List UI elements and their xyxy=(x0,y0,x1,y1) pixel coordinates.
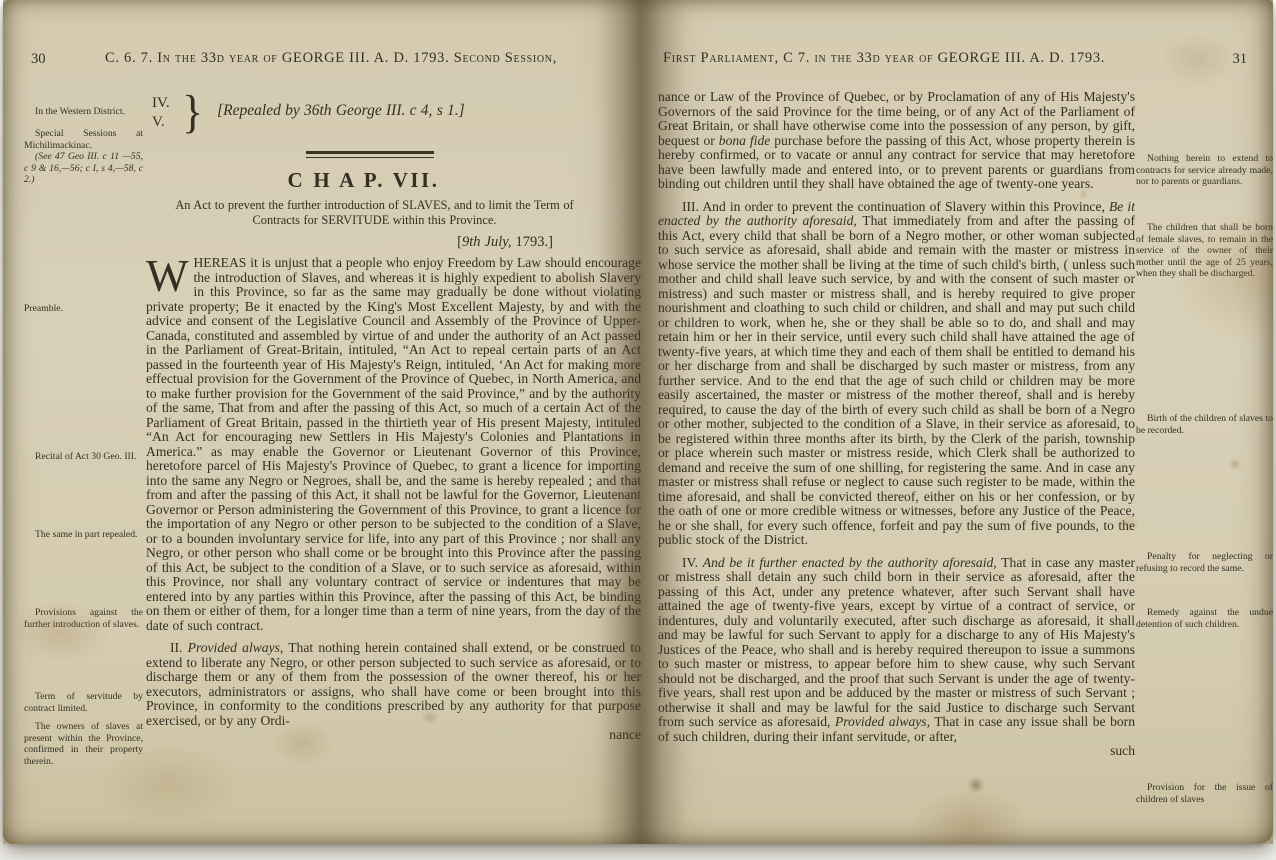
continuation-paragraph: nance or Law of the Province of Quebec, … xyxy=(658,90,1135,192)
chapter-heading: C H A P. VII. xyxy=(146,173,581,188)
numeral-iv: IV. xyxy=(152,94,182,113)
book-spread: 30 C. 6. 7. In the 33d year of GEORGE II… xyxy=(3,0,1273,844)
numeral-v: V. xyxy=(152,113,182,132)
act-title: An Act to prevent the further introducti… xyxy=(150,198,599,229)
catchword-left: nance xyxy=(146,728,641,743)
margin-note-repealed: The same in part repealed. xyxy=(24,529,143,541)
margin-note-remedy: Remedy against the undue detention of su… xyxy=(1136,607,1273,630)
margin-note-recital: Recital of Act 30 Geo. III. xyxy=(24,451,143,463)
section-ii-paragraph: II. Provided always, That nothing herein… xyxy=(146,641,641,728)
act-date: [9th July, 1793.] xyxy=(146,235,553,250)
preamble-paragraph: WHEREAS it is unjust that a people who e… xyxy=(146,256,641,633)
repealed-note: [Repealed by 36th George III. c 4, s 1.] xyxy=(203,104,465,123)
margin-note-provisions: Provisions against the further introduct… xyxy=(24,607,143,630)
right-running-header: First Parliament, C 7. in the 33d year o… xyxy=(663,50,1105,67)
repealed-section-numerals: IV. V. xyxy=(146,94,182,132)
left-running-header: C. 6. 7. In the 33d year of GEORGE III. … xyxy=(105,50,557,67)
margin-note-owners: The owners of slaves at present within t… xyxy=(24,721,143,767)
margin-note-nothing-herein: Nothing herein to extend to contracts fo… xyxy=(1136,153,1273,188)
margin-note-penalty: Penalty for neglecting or refusing to re… xyxy=(1136,551,1273,574)
catchword-right: such xyxy=(658,744,1135,759)
margin-note-western-district: In the Western District. xyxy=(24,106,143,118)
margin-note-term-servitude: Term of servitude by contract limited. xyxy=(24,691,143,714)
left-page: 30 C. 6. 7. In the 33d year of GEORGE II… xyxy=(3,0,641,844)
margin-note-citation: (See 47 Geo III. c 11 —55, c 9 & 16,—56;… xyxy=(24,151,143,186)
margin-note-provision-issue: Provision for the issue of children of s… xyxy=(1136,782,1273,805)
section-iii-paragraph: III. And in order to prevent the continu… xyxy=(658,200,1135,548)
preamble-text: HEREAS it is unjust that a people who en… xyxy=(146,255,641,633)
margin-note-preamble: Preamble. xyxy=(24,303,143,315)
margin-note-special-sessions: Special Sessions at Michilimackinac. xyxy=(24,128,143,151)
brace-glyph: } xyxy=(182,92,203,134)
repealed-sections-row: IV. V. } [Repealed by 36th George III. c… xyxy=(146,90,641,136)
drop-cap: W xyxy=(146,256,193,293)
right-body-column: nance or Law of the Province of Quebec, … xyxy=(658,90,1135,838)
margin-note-children-born: The children that shall be born of femal… xyxy=(1136,222,1273,280)
left-body-column: IV. V. } [Repealed by 36th George III. c… xyxy=(146,88,641,838)
section-divider-rule xyxy=(306,151,434,158)
left-page-number: 30 xyxy=(31,51,46,68)
margin-note-birth-recorded: Birth of the children of slaves to be re… xyxy=(1136,413,1273,436)
section-iv-paragraph: IV. And be it further enacted by the aut… xyxy=(658,556,1135,745)
right-page: 31 First Parliament, C 7. in the 33d yea… xyxy=(641,0,1273,844)
right-page-number: 31 xyxy=(1233,51,1248,68)
